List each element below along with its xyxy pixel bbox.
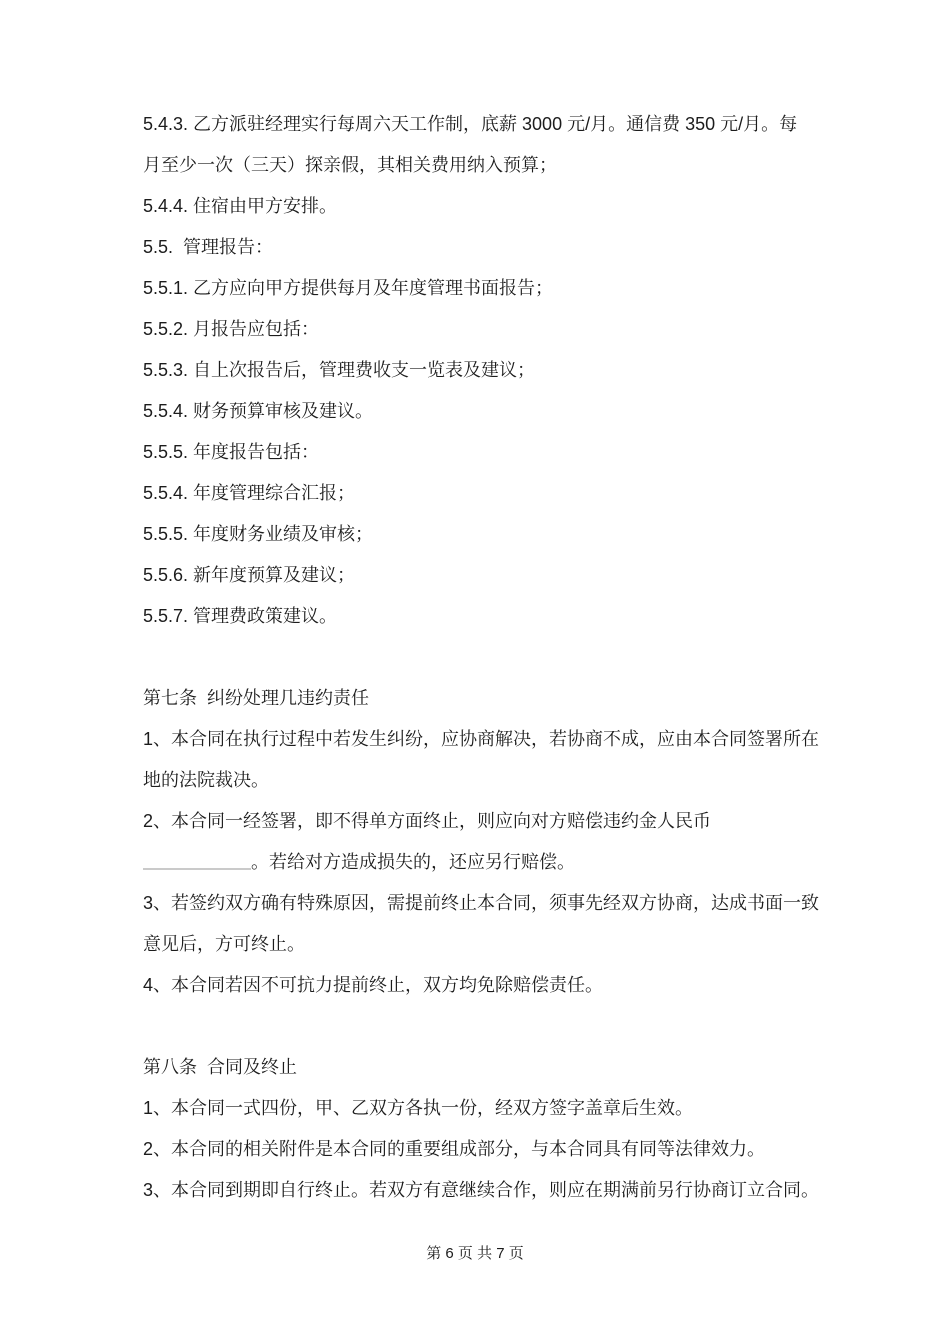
blank-line [143,637,843,678]
document-line-text: 。若给对方造成损失的，还应另行赔偿。 [251,852,575,872]
document-line: 5.5.7. 管理费政策建议。 [143,596,843,637]
blank-underline [143,854,251,870]
document-line: 1、本合同在执行过程中若发生纠纷，应协商解决，若协商不成，应由本合同签署所在 [143,719,843,760]
document-line: 3、本合同到期即自行终止。若双方有意继续合作，则应在期满前另行协商订立合同。 [143,1170,843,1211]
document-line: 5.5.4. 财务预算审核及建议。 [143,391,843,432]
document-line: 5.5.3. 自上次报告后，管理费收支一览表及建议； [143,350,843,391]
document-line: 地的法院裁决。 [143,760,843,801]
section-heading: 第八条 合同及终止 [143,1047,843,1088]
document-line: 5.5.2. 月报告应包括： [143,309,843,350]
fill-in-blank-line: 。若给对方造成损失的，还应另行赔偿。 [143,842,843,883]
document-page: 5.4.3. 乙方派驻经理实行每周六天工作制，底薪 3000 元/月。通信费 3… [0,0,950,1344]
document-line: 4、本合同若因不可抗力提前终止，双方均免除赔偿责任。 [143,965,843,1006]
document-line: 5.5.6. 新年度预算及建议； [143,555,843,596]
document-body: 5.4.3. 乙方派驻经理实行每周六天工作制，底薪 3000 元/月。通信费 3… [143,104,843,1211]
document-line: 5.5.5. 年度财务业绩及审核； [143,514,843,555]
blank-line [143,1006,843,1047]
document-line: 5.4.4. 住宿由甲方安排。 [143,186,843,227]
document-line: 5.5.1. 乙方应向甲方提供每月及年度管理书面报告； [143,268,843,309]
document-line: 5.4.3. 乙方派驻经理实行每周六天工作制，底薪 3000 元/月。通信费 3… [143,104,843,145]
document-line: 5.5.4. 年度管理综合汇报； [143,473,843,514]
document-line: 意见后，方可终止。 [143,924,843,965]
section-heading: 第七条 纠纷处理几违约责任 [143,678,843,719]
page-number-footer: 第 6 页 共 7 页 [0,1242,950,1263]
document-line: 2、本合同一经签署，即不得单方面终止，则应向对方赔偿违约金人民币 [143,801,843,842]
document-line: 1、本合同一式四份，甲、乙双方各执一份，经双方签字盖章后生效。 [143,1088,843,1129]
document-line: 月至少一次（三天）探亲假，其相关费用纳入预算； [143,145,843,186]
document-line: 3、若签约双方确有特殊原因，需提前终止本合同，须事先经双方协商，达成书面一致 [143,883,843,924]
document-line: 5.5. 管理报告： [143,227,843,268]
document-line: 5.5.5. 年度报告包括： [143,432,843,473]
document-line: 2、本合同的相关附件是本合同的重要组成部分，与本合同具有同等法律效力。 [143,1129,843,1170]
